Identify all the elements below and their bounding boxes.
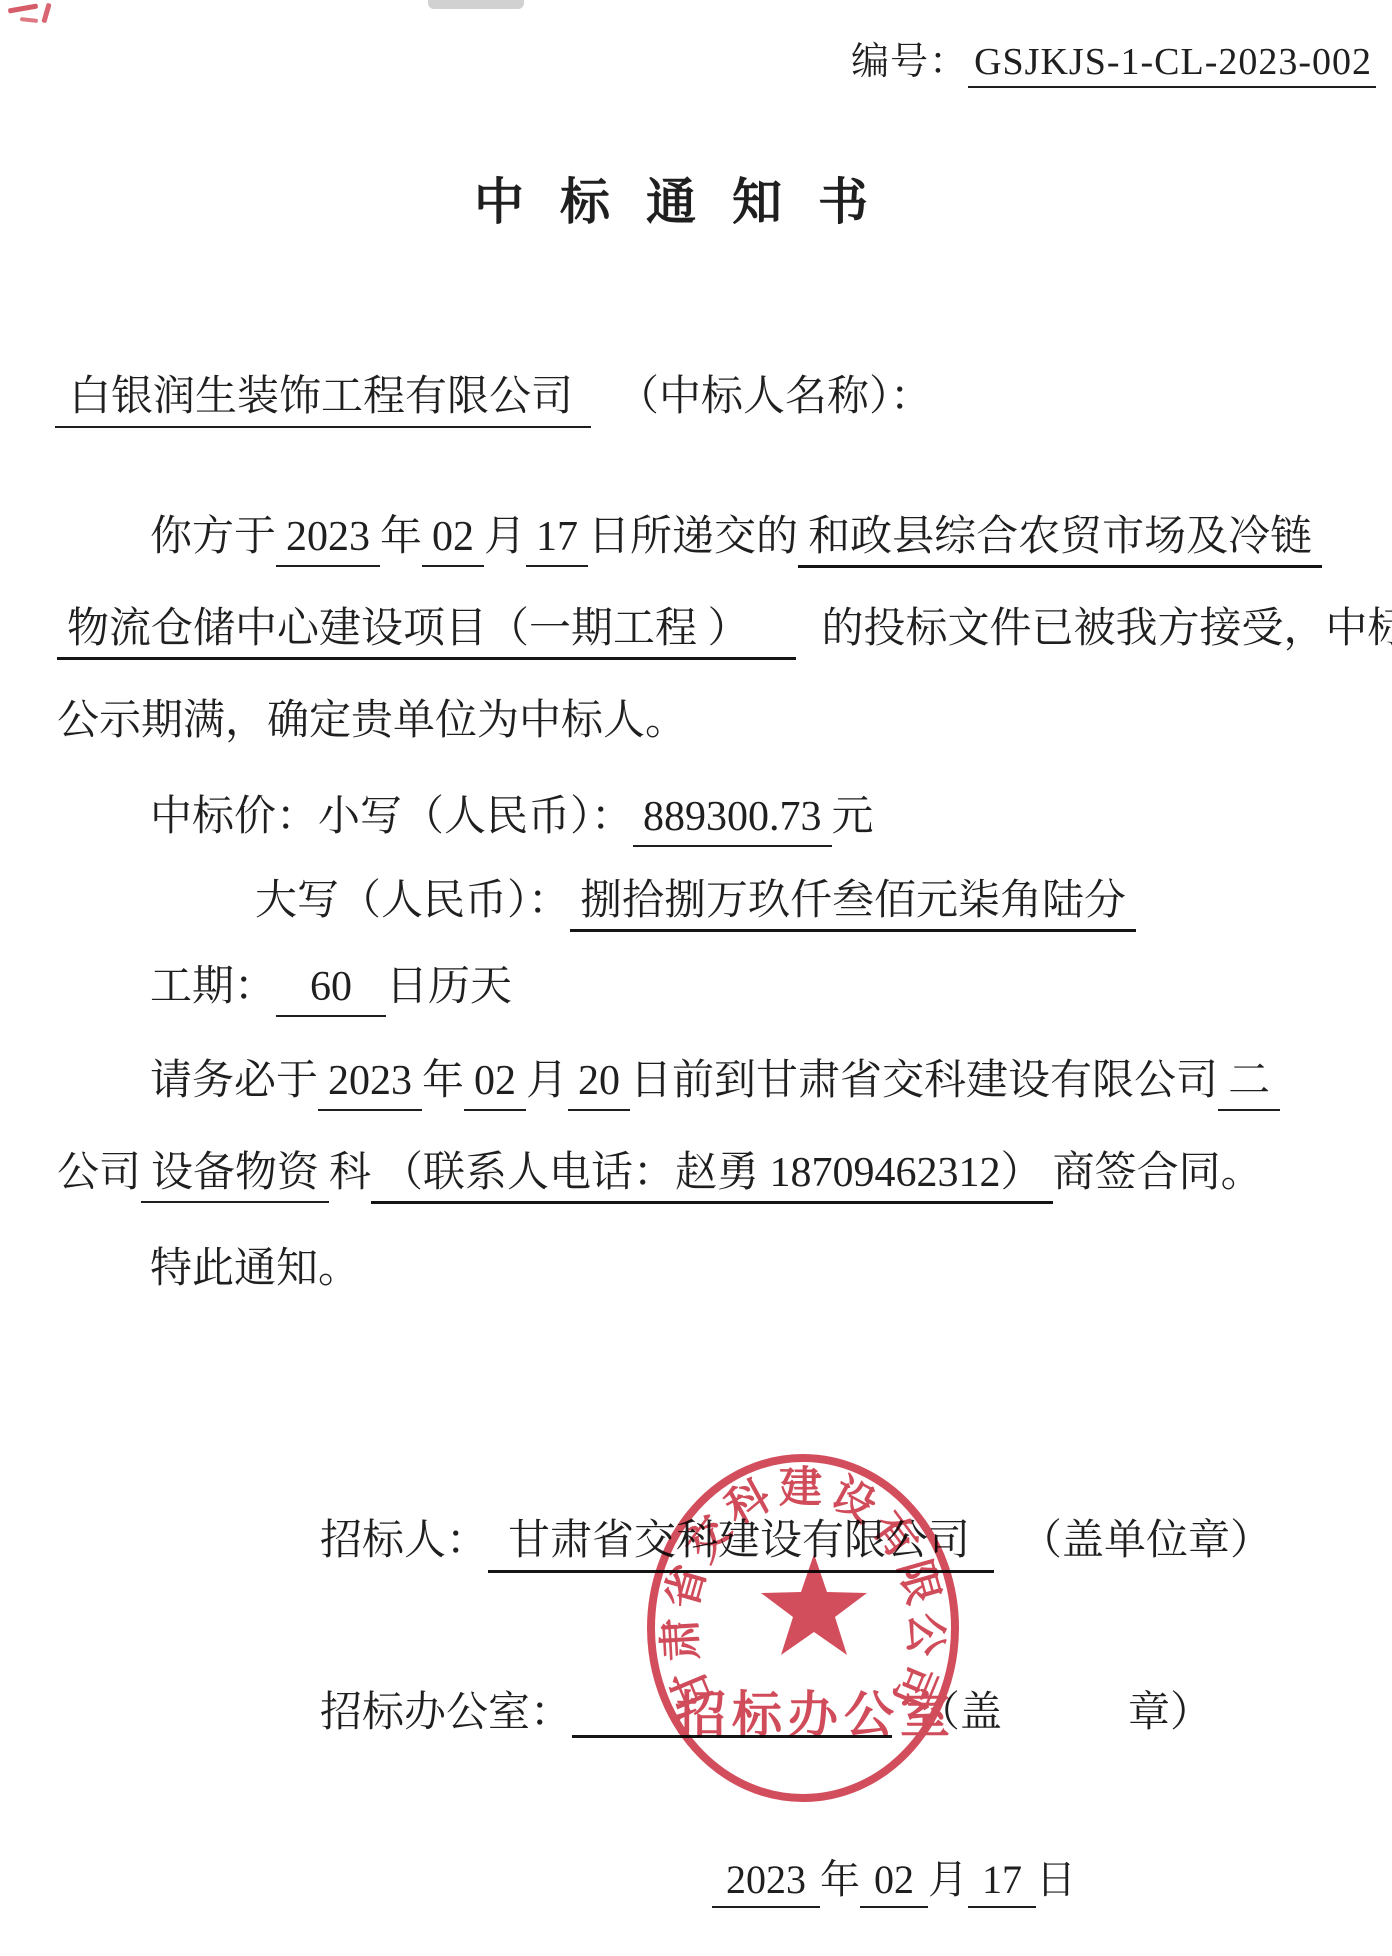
body-text: 年: [380, 514, 422, 560]
page-title: 中标通知书: [474, 172, 904, 232]
body-text: 公示期满，确定贵单位为中标人。: [57, 698, 687, 744]
body-text: 公司: [57, 1150, 141, 1196]
body-text: 年: [422, 1058, 464, 1104]
department-name: 设备物资: [141, 1150, 329, 1203]
body-text: 月: [484, 514, 526, 560]
winning-bidder-name: 白银润生装饰工程有限公司: [55, 374, 591, 428]
bid-award-notice-document: 编号：GSJKJS-1-CL-2023-002 中标通知书 白银润生装饰工程有限…: [0, 0, 1392, 1956]
body-text: 日前到甘肃省交科建设有限公司: [630, 1058, 1218, 1104]
submission-day: 17: [526, 514, 588, 567]
bid-price-line: 中标价：小写（人民币）：889300.73元: [150, 792, 874, 842]
bid-price-capital-label: 大写（人民币）：: [255, 878, 570, 924]
doc-number-label: 编号：: [851, 41, 968, 83]
issue-day: 17: [968, 1857, 1036, 1908]
body-text: 的投标文件已被我方接受，中标: [822, 606, 1392, 652]
issue-month: 02: [860, 1857, 928, 1908]
scan-artifact-red-mark: [20, 17, 38, 23]
body-text: 月: [928, 1857, 968, 1902]
tenderer-seal-note: （盖单位章）: [1020, 1518, 1272, 1564]
bid-price-capital-amount: 捌拾捌万玖仟叁佰元柒角陆分: [570, 878, 1136, 932]
scan-artifact-red-mark: [41, 3, 51, 24]
construction-period-line: 工期：60日历天: [150, 962, 512, 1012]
recipient-line: 白银润生装饰工程有限公司（中标人名称）：: [55, 372, 932, 422]
issue-year: 2023: [712, 1857, 820, 1908]
contract-signing-line-1: 请务必于2023年02月20日前到甘肃省交科建设有限公司二: [150, 1056, 1280, 1106]
body-text: 年: [820, 1857, 860, 1902]
issue-date-line: 2023年02月17日: [712, 1856, 1076, 1904]
signing-year: 2023: [318, 1058, 422, 1111]
bidding-office-label: 招标办公室：: [320, 1690, 572, 1736]
doc-number: 编号：GSJKJS-1-CL-2023-002: [851, 40, 1376, 86]
body-text: 特此通知。: [150, 1246, 360, 1292]
project-name-part2: 物流仓储中心建设项目（一期工程 ）: [57, 606, 796, 660]
body-text: 日所递交的: [588, 514, 798, 560]
scan-artifact-smudge: [428, 0, 524, 9]
contract-signing-line-2: 公司设备物资科（联系人电话：赵勇 18709462312）商签合同。: [57, 1148, 1263, 1198]
doc-number-value: GSJKJS-1-CL-2023-002: [968, 41, 1376, 88]
body-paragraph-line-2: 物流仓储中心建设项目（一期工程 ）的投标文件已被我方接受，中标: [57, 604, 1392, 654]
body-paragraph-line-1: 你方于2023年02月17日所递交的和政县综合农贸市场及冷链: [150, 512, 1322, 562]
body-text: 月: [526, 1058, 568, 1104]
bid-price-label: 中标价：小写（人民币）：: [150, 794, 633, 840]
stamp-star-icon: [761, 1554, 867, 1655]
body-text: 日: [1036, 1857, 1076, 1902]
bid-price-capital-line: 大写（人民币）：捌拾捌万玖仟叁佰元柒角陆分: [255, 876, 1136, 926]
body-text: 商签合同。: [1053, 1150, 1263, 1196]
company-branch: 二: [1218, 1058, 1280, 1111]
recipient-label: （中标人名称）：: [617, 374, 932, 420]
submission-year: 2023: [276, 514, 380, 567]
construction-period-label: 工期：: [150, 964, 276, 1010]
stamp-office-text: 招标办公室: [676, 1687, 956, 1743]
scan-artifact-red-mark: [8, 3, 38, 13]
signing-day: 20: [568, 1058, 630, 1111]
bid-price-amount: 889300.73: [633, 794, 832, 847]
submission-month: 02: [422, 514, 484, 567]
project-name-part1: 和政县综合农贸市场及冷链: [798, 514, 1322, 568]
construction-period-unit: 日历天: [386, 964, 512, 1010]
signing-month: 02: [464, 1058, 526, 1111]
construction-period-value: 60: [276, 964, 386, 1017]
body-paragraph-line-3: 公示期满，确定贵单位为中标人。: [57, 696, 687, 746]
bid-price-unit: 元: [832, 794, 874, 840]
body-text: 请务必于: [150, 1058, 318, 1104]
official-seal-stamp: 甘肃省交科建设有限公司 招标办公室: [641, 1448, 965, 1808]
body-text: 你方于: [150, 514, 276, 560]
tenderer-label: 招标人：: [320, 1518, 488, 1564]
notice-line: 特此通知。: [150, 1244, 360, 1294]
body-text: 科: [329, 1150, 371, 1196]
contact-info: （联系人电话：赵勇 18709462312）: [371, 1150, 1053, 1204]
